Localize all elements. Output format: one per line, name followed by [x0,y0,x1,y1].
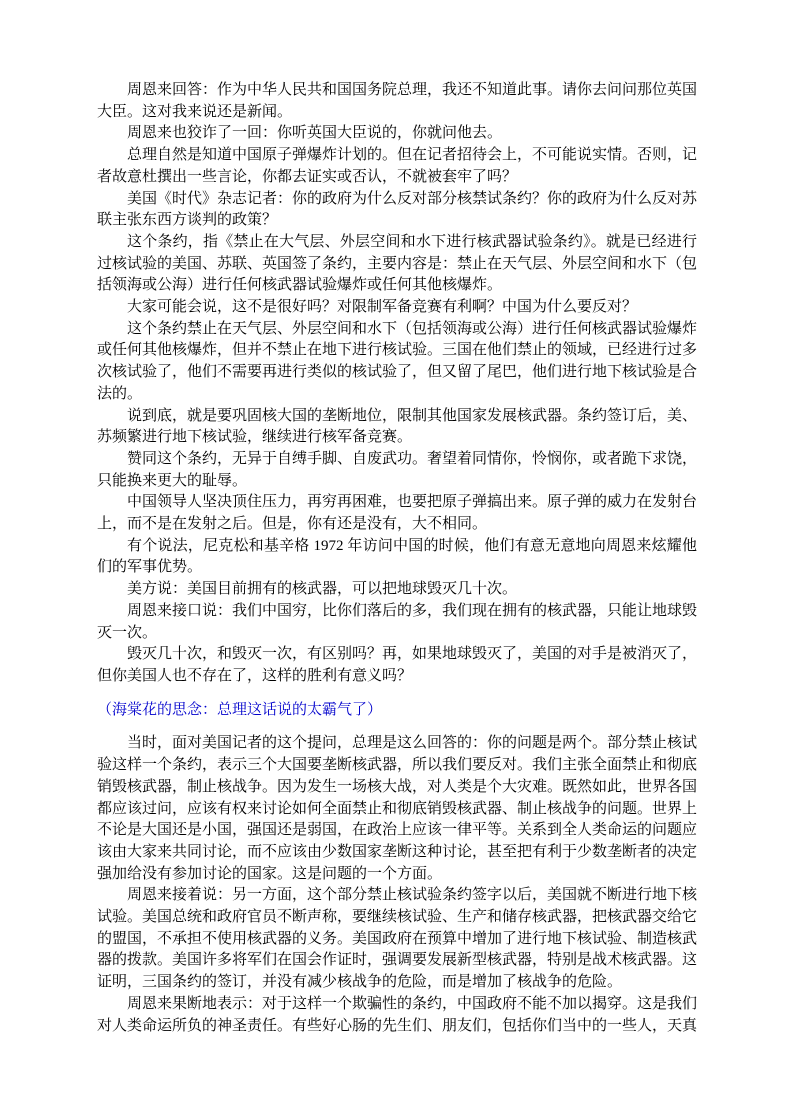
paragraph: 毁灭几十次，和毁灭一次，有区别吗？再，如果地球毁灭了，美国的对手是被消灭了，但你… [97,644,697,687]
document-page: 周恩来回答：作为中华人民共和国国务院总理，我还不知道此事。请你去问问那位英国大臣… [0,0,800,1037]
paragraph: 这个条约，指《禁止在大气层、外层空间和水下进行核武器试验条约》。就是已经进行过核… [97,232,697,297]
paragraph: 周恩来接口说：我们中国穷，比你们落后的多，我们现在拥有的核武器，只能让地球毁灭一… [97,601,697,644]
reader-comment: （海棠花的思念：总理这话说的太霸气了） [97,700,697,722]
paragraph: 当时，面对美国记者的这个提问，总理是这么回答的：你的问题是两个。部分禁止核试验这… [97,733,697,885]
paragraph: 总理自然是知道中国原子弹爆炸计划的。但在记者招待会上，不可能说实情。否则，记者故… [97,145,697,188]
paragraph: 周恩来果断地表示：对于这样一个欺骗性的条约，中国政府不能不加以揭穿。这是我们对人… [97,994,697,1037]
paragraph: 美国《时代》杂志记者：你的政府为什么反对部分核禁试条约？你的政府为什么反对苏联主… [97,189,697,232]
paragraph: 周恩来回答：作为中华人民共和国国务院总理，我还不知道此事。请你去问问那位英国大臣… [97,80,697,123]
paragraph: 有个说法，尼克松和基辛格 1972 年访问中国的时候，他们有意无意地向周恩来炫耀… [97,536,697,579]
paragraph: 说到底，就是要巩固核大国的垄断地位，限制其他国家发展核武器。条约签订后，美、苏频… [97,406,697,449]
paragraph: 周恩来接着说：另一方面，这个部分禁止核试验条约签字以后，美国就不断进行地下核试验… [97,885,697,994]
paragraph: 赞同这个条约，无异于自缚手脚、自废武功。奢望着同情你，怜悯你，或者跪下求饶，只能… [97,449,697,492]
paragraph: 周恩来也狡诈了一回：你听英国大臣说的，你就问他去。 [97,123,697,145]
paragraph: 美方说：美国目前拥有的核武器，可以把地球毁灭几十次。 [97,579,697,601]
paragraph: 这个条约禁止在天气层、外层空间和水下（包括领海或公海）进行任何核武器试验爆炸或任… [97,319,697,406]
paragraph: 大家可能会说，这不是很好吗？对限制军备竞赛有利啊？中国为什么要反对？ [97,297,697,319]
paragraph: 中国领导人坚决顶住压力，再穷再困难，也要把原子弹搞出来。原子弹的威力在发射台上，… [97,492,697,535]
